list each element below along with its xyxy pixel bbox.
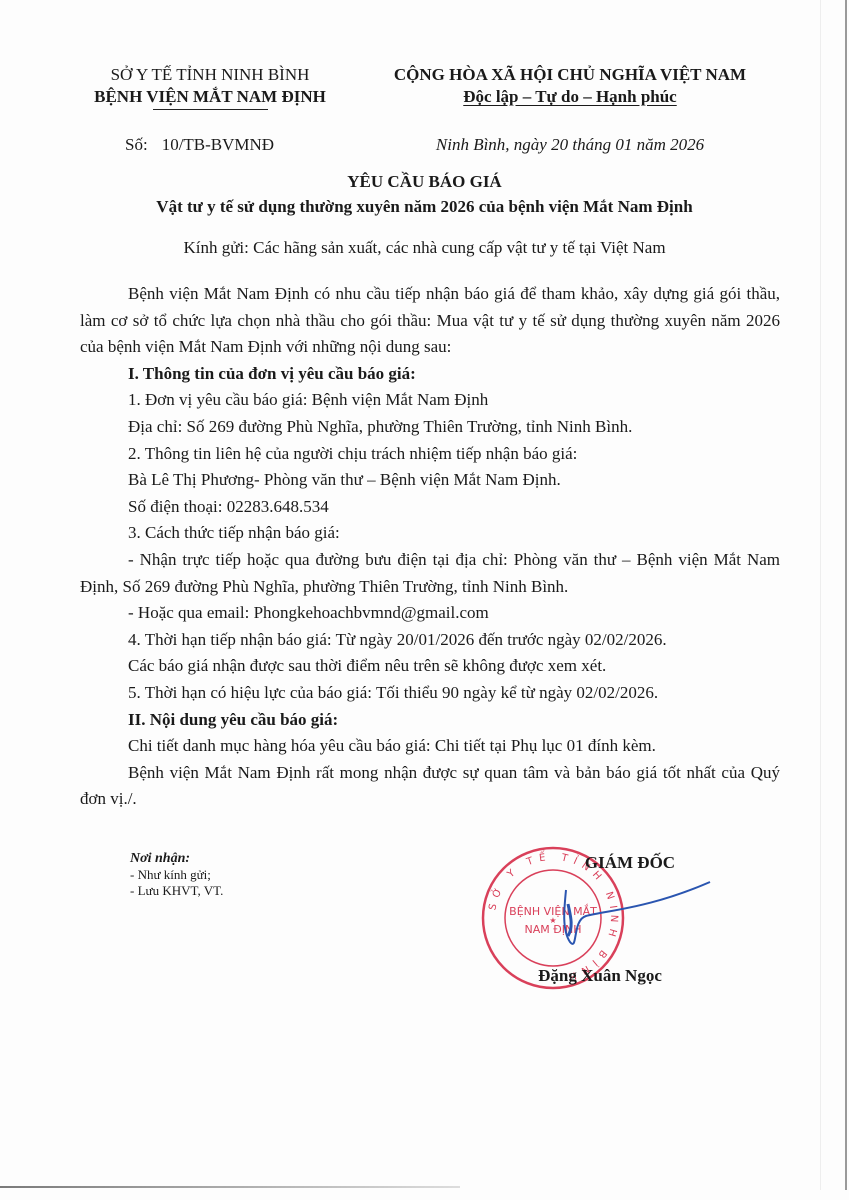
handwritten-signature-icon [560,880,720,960]
item-3: 3. Cách thức tiếp nhận báo giá: [80,520,780,547]
recipient-item: - Lưu KHVT, VT. [130,883,223,899]
national-title: CỘNG HÒA XÃ HỘI CHỦ NGHĨA VIỆT NAM [360,64,780,86]
recipient-item: - Như kính gửi; [130,867,223,883]
recipients-block: Nơi nhận: - Như kính gửi; - Lưu KHVT, VT… [130,851,223,899]
issuer-name: BỆNH VIỆN MẮT NAM ĐỊNH [60,86,360,108]
document-number-value: 10/TB-BVMNĐ [162,135,274,154]
contact-person: Bà Lê Thị Phương- Phòng văn thư – Bệnh v… [80,467,780,494]
signer-title: GIÁM ĐỐC [530,853,730,873]
phone: Số điện thoại: 02283.648.534 [80,494,780,521]
document-subtitle: Vật tư y tế sử dụng thường xuyên năm 202… [0,197,849,217]
signer-name: Đặng Xuân Ngọc [490,966,710,986]
item-1: 1. Đơn vị yêu cầu báo giá: Bệnh viện Mắt… [80,387,780,414]
page-edge-bottom [0,1186,460,1188]
address: Địa chỉ: Số 269 đường Phù Nghĩa, phường … [80,414,780,441]
addressee: Kính gửi: Các hãng sản xuất, các nhà cun… [0,238,849,258]
item-4-note: Các báo giá nhận được sau thời điểm nêu … [80,653,780,680]
header-divider [153,109,268,110]
email-label: - Hoặc qua email: [128,603,254,622]
item-5: 5. Thời hạn có hiệu lực của báo giá: Tối… [80,680,780,707]
item-2: 2. Thông tin liên hệ của người chịu trác… [80,441,780,468]
document-title: YÊU CẦU BÁO GIÁ [0,172,849,192]
place-date: Ninh Bình, ngày 20 tháng 01 năm 2026 [360,135,780,155]
method-direct: - Nhận trực tiếp hoặc qua đường bưu điện… [80,547,780,600]
intro-paragraph: Bệnh viện Mắt Nam Định có nhu cầu tiếp n… [80,281,780,361]
national-motto: Độc lập – Tự do – Hạnh phúc [360,86,780,108]
email-address[interactable]: Phongkehoachbvmnd@gmail.com [254,603,489,622]
document-body: Bệnh viện Mắt Nam Định có nhu cầu tiếp n… [80,281,780,813]
details: Chi tiết danh mục hàng hóa yêu cầu báo g… [80,733,780,760]
section-2-heading: II. Nội dung yêu cầu báo giá: [80,707,780,734]
document-number: Số:10/TB-BVMNĐ [125,135,274,155]
national-header: CỘNG HÒA XÃ HỘI CHỦ NGHĨA VIỆT NAM Độc l… [360,64,780,108]
svg-text:★: ★ [549,916,556,925]
document-number-label: Số: [125,135,148,154]
section-1-heading: I. Thông tin của đơn vị yêu cầu báo giá: [80,361,780,388]
recipients-heading: Nơi nhận: [130,851,223,867]
closing: Bệnh viện Mắt Nam Định rất mong nhận đượ… [80,760,780,813]
issuer-header: SỞ Y TẾ TỈNH NINH BÌNH BỆNH VIỆN MẮT NAM… [60,64,360,110]
method-email: - Hoặc qua email: Phongkehoachbvmnd@gmai… [80,600,780,627]
item-4: 4. Thời hạn tiếp nhận báo giá: Từ ngày 2… [80,627,780,654]
issuer-parent-agency: SỞ Y TẾ TỈNH NINH BÌNH [60,64,360,86]
